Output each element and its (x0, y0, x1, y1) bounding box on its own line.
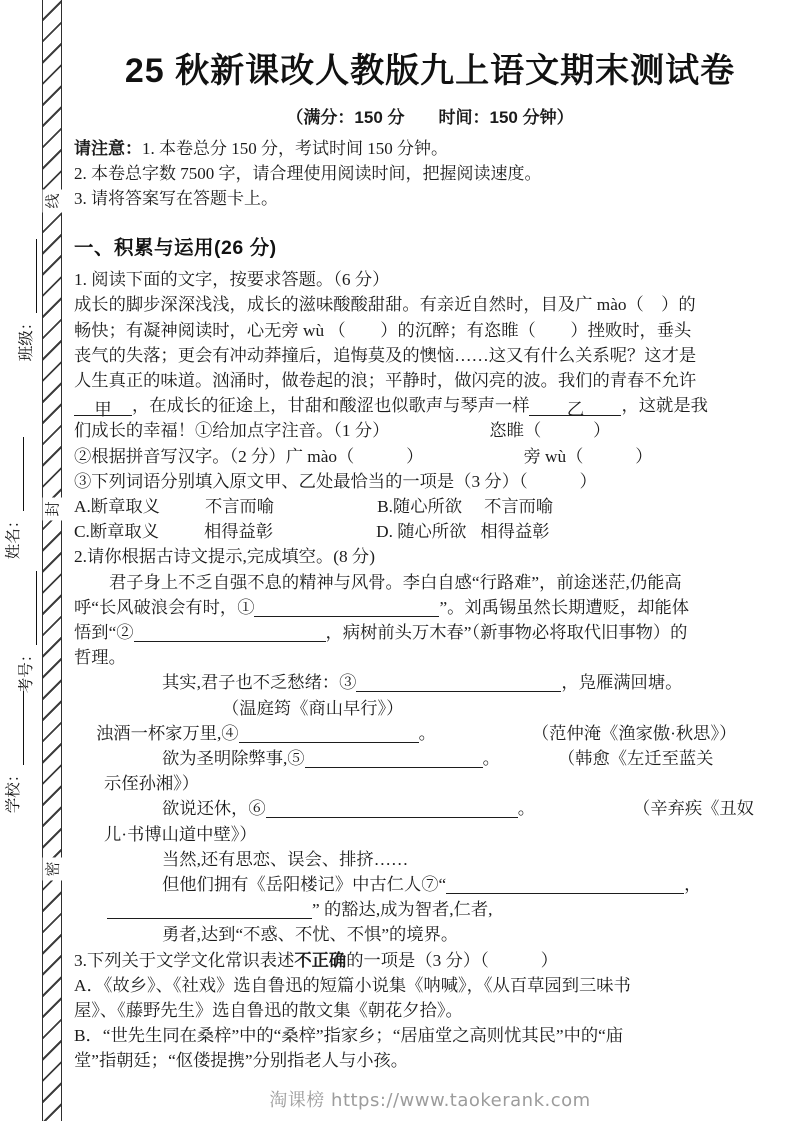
seal-char-xian: 线 (43, 190, 65, 213)
answer-blank[interactable] (239, 724, 419, 743)
notice-line: 2. 本卷总字数 7500 字，请合理使用阅读时间，把握阅读速度。 (74, 161, 786, 186)
spacer (273, 536, 376, 537)
text-segment: 但他们拥有《岳阳楼记》中古仁人⑦“ (162, 875, 446, 894)
answer-blank[interactable] (356, 673, 561, 692)
spacer (389, 435, 489, 436)
text-segment: ，在成长的征途上，甘甜和酸涩也似歌声与琴声一样 (132, 396, 529, 415)
text-segment: 不言而喻 (484, 497, 553, 516)
text-line: 畅快；有凝神阅读时，心无旁 wù （ ）的沉醉；有恣睢（ ）挫败时，垂头 (74, 318, 786, 343)
text-line: ” 的豁达,成为智者,仁者, (74, 897, 786, 922)
text-line: 成长的脚步深深浅浅，成长的滋味酸酸甜甜。有亲近自然时，目及广 mào（ ）的 (74, 292, 786, 317)
text-segment: 勇者,达到“不惑、不忧、不惧”的境界。 (162, 925, 458, 944)
text-segment: 。 (419, 724, 436, 743)
text-segment: （韩愈《左迁至蓝关 (558, 749, 714, 768)
text-line: 丧气的失落；更会有冲动莽撞后，追悔莫及的懊恼……这又有什么关系呢？这才是 (74, 343, 786, 368)
text-segment: 相得益彰 (204, 522, 273, 541)
text-segment: 3.下列关于文学文化常识表述 (74, 951, 294, 970)
seal-line-strip (42, 0, 62, 1121)
option-a: A．《故乡》、《社戏》选自鲁迅的短篇小说集《呐喊》，《从百草园到三味书 (74, 973, 786, 998)
text-segment: B．“世先生同在桑梓”中的“桑梓”指家乡；“居庙堂之高则忧其民”中的“庙 (74, 1026, 623, 1045)
text-segment: A．《故乡》、《社戏》选自鲁迅的短篇小说集《呐喊》，《从百草园到三味书 (74, 976, 631, 995)
text-line: 勇者,达到“不惑、不忧、不惧”的境界。 (74, 922, 786, 947)
text-segment: 2. 本卷总字数 7500 字，请合理使用阅读时间，把握阅读速度。 (74, 164, 542, 183)
school-field[interactable]: 学校： (2, 677, 24, 827)
text-segment: 。 (518, 799, 535, 818)
text-segment: 哲理。 (74, 648, 126, 667)
class-label: 班级： (17, 315, 37, 362)
spacer (274, 511, 377, 512)
answer-blank[interactable] (107, 900, 312, 919)
answer-blank[interactable] (134, 623, 326, 642)
text-segment: 3. 请将答案写在答题卡上。 (74, 189, 278, 208)
watermark-text: 淘课榜 https://www.taokerank.com (74, 1086, 786, 1112)
answer-blank[interactable] (305, 749, 483, 768)
text-segment: （辛弃疾《丑奴 (633, 799, 754, 818)
text-segment: 恣睢（ ） (489, 421, 610, 440)
text-segment: D. 随心所欲 (376, 522, 466, 541)
text-segment: 1. 阅读下面的文字，按要求答题。（6 分） (74, 270, 389, 289)
text-segment: 。 (483, 749, 500, 768)
text-segment: 丧气的失落；更会有冲动莽撞后，追悔莫及的懊恼……这又有什么关系呢？这才是 (74, 346, 696, 365)
seal-char-mi: 密 (43, 858, 65, 881)
text-segment: 畅快；有凝神阅读时，心无旁 wù （ ）的沉醉；有恣睢（ ）挫败时，垂头 (74, 321, 691, 340)
citation: 示侄孙湘》） (74, 771, 786, 796)
answer-blank[interactable] (254, 598, 439, 617)
answer-blank[interactable]: 乙 (529, 397, 621, 416)
text-segment: 堂”指朝廷；“伛偻提携”分别指老人与小孩。 (74, 1051, 408, 1070)
text-line: 悟到“②，病树前头万木春”（新事物必将取代旧事物）的 (74, 620, 786, 645)
school-label: 学校： (4, 767, 24, 814)
option-row-cd: C.断章取义相得益彰D. 随心所欲相得益彰 (74, 519, 786, 544)
emphasis-text: 不正确 (294, 950, 346, 970)
text-segment: 1. 本卷总分 150 分，考试时间 150 分钟。 (142, 139, 448, 158)
text-line: 屋》、《藤野先生》选自鲁迅的散文集《朝花夕拾》。 (74, 998, 786, 1023)
school-blank-line[interactable] (8, 691, 24, 765)
text-segment: 不言而喻 (205, 497, 274, 516)
spacer (500, 763, 558, 764)
notice-line: 3. 请将答案写在答题卡上。 (74, 186, 786, 211)
exam-paper-page: 班级： 姓名： 考号： 学校： 线 封 密 25 秋新课改人教版九上语文期末测试… (0, 0, 793, 1121)
question-3: 3.下列关于文学文化常识表述不正确的一项是（3 分）（ ） (74, 948, 786, 973)
answer-blank[interactable]: 甲 (74, 397, 132, 416)
citation: （温庭筠《商山早行》） (74, 696, 786, 721)
text-segment: 人生真正的味道。汹涌时，做卷起的浪；平静时，做闪亮的波。我们的青春不允许 (74, 371, 696, 390)
seal-char-feng: 封 (43, 498, 65, 521)
text-segment: 欲为圣明除弊事,⑤ (162, 749, 305, 768)
text-segment: 其实,君子也不乏愁绪：③ (162, 673, 356, 692)
text-segment: 相得益彰 (480, 522, 549, 541)
section-heading: 一、积累与运用(26 分) (74, 233, 786, 263)
class-field[interactable]: 班级： (15, 225, 37, 375)
spacer (462, 511, 484, 512)
name-label: 姓名： (4, 513, 24, 560)
text-segment: A.断章取义 (74, 497, 160, 516)
name-blank-line[interactable] (8, 437, 24, 511)
text-segment: 呼“长风破浪会有时，① (74, 598, 254, 617)
exam-content: 25 秋新课改人教版九上语文期末测试卷 （满分：150 分 时间：150 分钟）… (64, 0, 786, 1112)
text-line: ③下列词语分别填入原文甲、乙处最恰当的一项是（3 分）（ ） (74, 469, 786, 494)
text-line: 欲说还休，⑥。（辛弃疾《丑奴 (74, 796, 786, 821)
text-segment: ” 的豁达,成为智者,仁者, (312, 900, 492, 919)
spacer (159, 536, 204, 537)
text-segment: 当然,还有思恋、误会、排挤…… (162, 850, 408, 869)
answer-blank[interactable] (266, 799, 518, 818)
name-field[interactable]: 姓名： (2, 423, 24, 573)
spacer (423, 461, 523, 462)
exam-body-lines: 请注意：1. 本卷总分 150 分，考试时间 150 分钟。2. 本卷总字数 7… (74, 136, 786, 1074)
text-line: ②根据拼音写汉字。（2 分）广 mào（ ）旁 wù（ ） (74, 444, 786, 469)
text-line: 哲理。 (74, 645, 786, 670)
text-line: 当然,还有思恋、误会、排挤…… (74, 847, 786, 872)
text-segment: 君子身上不乏自强不息的精神与风骨。李白自感“行路难”，前途迷茫,仍能高 (109, 573, 682, 592)
text-line: 但他们拥有《岳阳楼记》中古仁人⑦“， (74, 872, 786, 897)
text-line: 欲为圣明除弊事,⑤。（韩愈《左迁至蓝关 (74, 746, 786, 771)
text-segment: ③下列词语分别填入原文甲、乙处最恰当的一项是（3 分）（ ） (74, 472, 597, 491)
text-segment: 们成长的幸福！①给加点字注音。（1 分） (74, 421, 389, 440)
text-line: 们成长的幸福！①给加点字注音。（1 分）恣睢（ ） (74, 418, 786, 443)
exam-subtitle: （满分：150 分 时间：150 分钟） (74, 103, 786, 128)
text-line: 浊酒一杯家万里,④。（范仲淹《渔家傲·秋思》） (74, 721, 786, 746)
question-1: 1. 阅读下面的文字，按要求答题。（6 分） (74, 267, 786, 292)
spacer (466, 536, 480, 537)
class-blank-line[interactable] (21, 239, 37, 313)
text-segment: ， (684, 875, 701, 894)
text-line: 其实,君子也不乏愁绪：③，凫雁满回塘。 (74, 670, 786, 695)
text-segment: 儿·书博山道中壁》） (104, 825, 257, 844)
spacer (160, 511, 205, 512)
text-segment: 悟到“② (74, 623, 134, 642)
spacer (535, 813, 633, 814)
exam-title: 25 秋新课改人教版九上语文期末测试卷 (74, 50, 786, 93)
text-line: 君子身上不乏自强不息的精神与风骨。李白自感“行路难”，前途迷茫,仍能高 (74, 570, 786, 595)
text-segment: 旁 wù（ ） (523, 447, 652, 466)
text-segment: 2.请你根据古诗文提示,完成填空。(8 分) (74, 547, 375, 566)
text-segment: 成长的脚步深深浅浅，成长的滋味酸酸甜甜。有亲近自然时，目及广 mào（ ）的 (74, 295, 696, 314)
text-segment: 的一项是（3 分）（ ） (346, 951, 558, 970)
question-2: 2.请你根据古诗文提示,完成填空。(8 分) (74, 544, 786, 569)
spacer (436, 738, 532, 739)
text-segment: （温庭筠《商山早行》） (222, 699, 403, 718)
text-segment: 屋》、《藤野先生》选自鲁迅的散文集《朝花夕拾》。 (74, 1001, 463, 1020)
text-segment: ”。刘禹锡虽然长期遭贬，却能体 (439, 598, 689, 617)
text-line: 堂”指朝廷；“伛偻提携”分别指老人与小孩。 (74, 1048, 786, 1073)
answer-blank[interactable] (446, 875, 684, 894)
text-segment: 一、积累与运用(26 分) (74, 237, 277, 259)
text-line: 呼“长风破浪会有时，①”。刘禹锡虽然长期遭贬，却能体 (74, 595, 786, 620)
option-row-ab: A.断章取义不言而喻B.随心所欲不言而喻 (74, 494, 786, 519)
notice-line: 请注意：1. 本卷总分 150 分，考试时间 150 分钟。 (74, 136, 786, 161)
emphasis-text: 请注意： (74, 139, 142, 158)
exam-number-blank-line[interactable] (21, 571, 37, 645)
text-segment: ，这就是我 (621, 396, 707, 415)
text-line: 甲，在成长的征途上，甘甜和酸涩也似歌声与琴声一样乙，这就是我 (74, 393, 786, 418)
text-segment: ，凫雁满回塘。 (561, 673, 682, 692)
text-segment: C.断章取义 (74, 522, 159, 541)
citation: 儿·书博山道中壁》） (74, 822, 786, 847)
text-line: 人生真正的味道。汹涌时，做卷起的浪；平静时，做闪亮的波。我们的青春不允许 (74, 368, 786, 393)
text-segment: ②根据拼音写汉字。（2 分）广 mào（ ） (74, 447, 423, 466)
text-segment: 欲说还休，⑥ (162, 799, 266, 818)
text-segment: ，病树前头万木春”（新事物必将取代旧事物）的 (326, 623, 688, 642)
text-segment: （范仲淹《渔家傲·秋思》） (532, 724, 737, 743)
option-b: B．“世先生同在桑梓”中的“桑梓”指家乡；“居庙堂之高则忧其民”中的“庙 (74, 1023, 786, 1048)
text-segment: B.随心所欲 (377, 497, 462, 516)
text-segment: 示侄孙湘》） (104, 774, 199, 793)
text-segment: 浊酒一杯家万里,④ (96, 724, 239, 743)
